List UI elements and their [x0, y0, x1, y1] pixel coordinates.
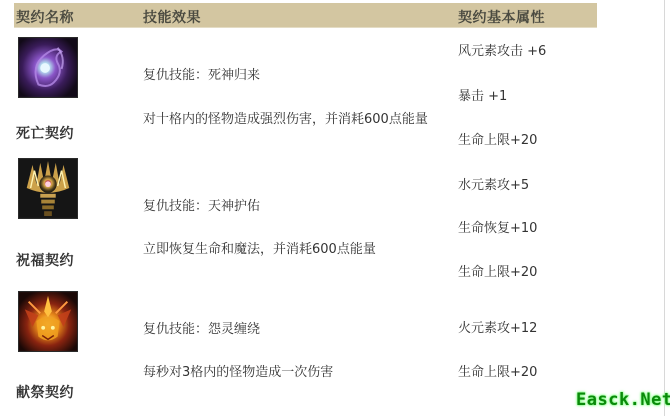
- contract-name: 献祭契约: [16, 382, 74, 402]
- skill-description: 对十格内的怪物造成强烈伤害，并消耗600点能量: [143, 108, 428, 127]
- skill-title: 复仇技能：死神归来: [143, 64, 260, 83]
- attribute: 生命上限+20: [458, 129, 537, 148]
- skill-description: 立即恢复生命和魔法，并消耗600点能量: [143, 238, 376, 257]
- attribute: 生命恢复+10: [458, 217, 537, 236]
- attribute: 水元素攻+5: [458, 174, 529, 193]
- contract-name: 死亡契约: [16, 123, 74, 143]
- attribute: 暴击 +1: [458, 85, 507, 104]
- sacrifice-contract-icon: [18, 291, 78, 352]
- watermark-logo: Easck.Net: [576, 390, 670, 410]
- skill-description: 每秒对3格内的怪物造成一次伤害: [143, 361, 333, 380]
- blessing-contract-icon: [18, 158, 78, 219]
- contract-name: 祝福契约: [16, 250, 74, 270]
- skill-title: 复仇技能：天神护佑: [143, 195, 260, 214]
- page-right-border: [664, 0, 665, 416]
- skill-title: 复仇技能：怨灵缠绕: [143, 318, 260, 337]
- attribute: 生命上限+20: [458, 361, 537, 380]
- header-skill-effect: 技能效果: [143, 7, 201, 27]
- attribute: 生命上限+20: [458, 261, 537, 280]
- header-base-attributes: 契约基本属性: [458, 7, 545, 27]
- attribute: 风元素攻击 +6: [458, 40, 546, 59]
- table-header: 契约名称 技能效果 契约基本属性: [14, 3, 597, 28]
- header-contract-name: 契约名称: [16, 7, 74, 27]
- attribute: 火元素攻+12: [458, 317, 537, 336]
- death-contract-icon: [18, 37, 78, 98]
